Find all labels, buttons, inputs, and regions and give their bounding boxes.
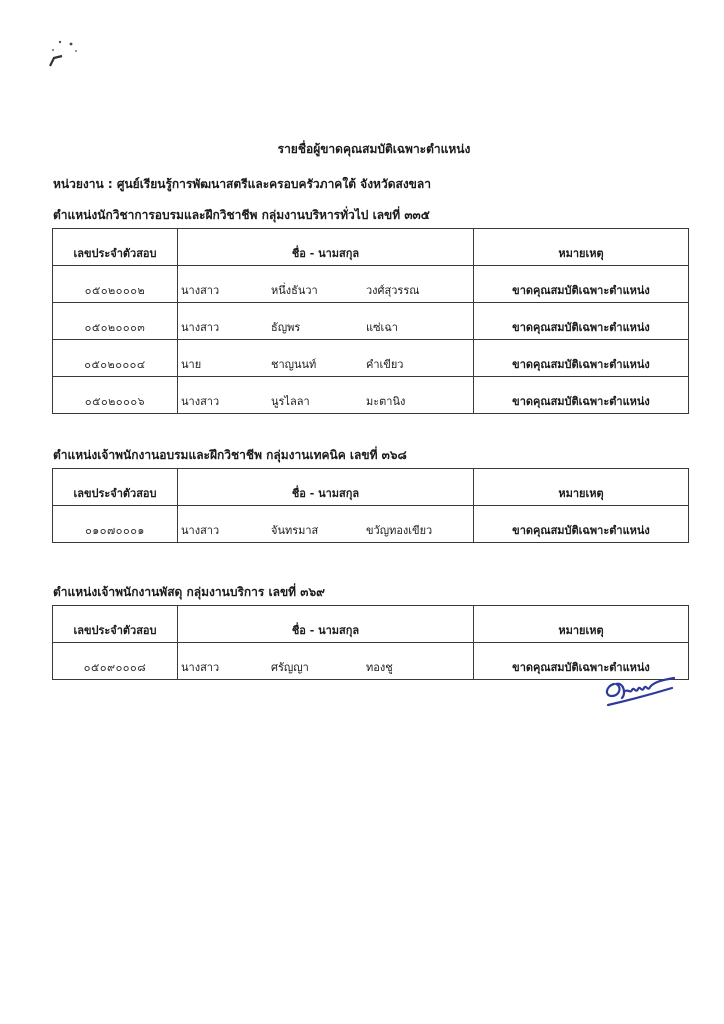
- header-id: เลขประจำตัวสอบ: [53, 606, 178, 643]
- last-name: ทองชู: [366, 658, 466, 676]
- last-name: มะตานิง: [366, 392, 466, 410]
- full-name: นางสาว หนึ่งธันวา วงศ์สุวรรณ: [178, 266, 474, 303]
- document-title: รายชื่อผู้ขาดคุณสมบัติเฉพาะตำแหน่ง: [12, 140, 724, 159]
- last-name: คำเขียว: [366, 355, 466, 373]
- section-heading-3: ตำแหน่งเจ้าพนักงานพัสดุ กลุ่มงานบริการ เ…: [53, 583, 325, 602]
- table-row: ๐๕๐๒๐๐๐๒ นางสาว หนึ่งธันวา วงศ์สุวรรณ ขา…: [53, 266, 689, 303]
- full-name: นางสาว ธัญพร แซ่เฉา: [178, 303, 474, 340]
- header-note: หมายเหตุ: [474, 229, 689, 266]
- full-name: นางสาว จันทรมาส ขวัญทองเขียว: [178, 506, 474, 543]
- first-name: ชาญนนท์: [271, 355, 366, 373]
- header-note: หมายเหตุ: [474, 606, 689, 643]
- header-name: ชื่อ - นามสกุล: [178, 229, 474, 266]
- name-title: นางสาว: [181, 281, 271, 299]
- name-title: นางสาว: [181, 521, 271, 539]
- scan-artifact-mark: [44, 36, 84, 70]
- last-name: วงศ์สุวรรณ: [366, 281, 466, 299]
- name-title: นาย: [181, 355, 271, 373]
- section-heading-1: ตำแหน่งนักวิชาการอบรมและฝึกวิชาชีพ กลุ่ม…: [53, 206, 430, 225]
- first-name: หนึ่งธันวา: [271, 281, 366, 299]
- remark: ขาดคุณสมบัติเฉพาะตำแหน่ง: [474, 506, 689, 543]
- exam-id: ๐๑๐๗๐๐๐๑: [53, 506, 178, 543]
- last-name: แซ่เฉา: [366, 318, 466, 336]
- header-name: ชื่อ - นามสกุล: [178, 469, 474, 506]
- name-title: นางสาว: [181, 318, 271, 336]
- exam-id: ๐๕๐๒๐๐๐๓: [53, 303, 178, 340]
- first-name: นูรไลลา: [271, 392, 366, 410]
- table-row: ๐๕๐๒๐๐๐๓ นางสาว ธัญพร แซ่เฉา ขาดคุณสมบัต…: [53, 303, 689, 340]
- full-name: นางสาว นูรไลลา มะตานิง: [178, 377, 474, 414]
- header-name: ชื่อ - นามสกุล: [178, 606, 474, 643]
- table-row: ๐๑๐๗๐๐๐๑ นางสาว จันทรมาส ขวัญทองเขียว ขา…: [53, 506, 689, 543]
- header-note: หมายเหตุ: [474, 469, 689, 506]
- candidates-table-1: เลขประจำตัวสอบ ชื่อ - นามสกุล หมายเหตุ ๐…: [52, 228, 689, 414]
- agency-line: หน่วยงาน : ศูนย์เรียนรู้การพัฒนาสตรีและค…: [53, 175, 431, 194]
- header-id: เลขประจำตัวสอบ: [53, 469, 178, 506]
- last-name: ขวัญทองเขียว: [366, 521, 466, 539]
- section-heading-2: ตำแหน่งเจ้าพนักงานอบรมและฝึกวิชาชีพ กลุ่…: [53, 446, 407, 465]
- name-title: นางสาว: [181, 658, 271, 676]
- exam-id: ๐๕๐๒๐๐๐๖: [53, 377, 178, 414]
- remark: ขาดคุณสมบัติเฉพาะตำแหน่ง: [474, 303, 689, 340]
- first-name: ศรัญญา: [271, 658, 366, 676]
- remark: ขาดคุณสมบัติเฉพาะตำแหน่ง: [474, 340, 689, 377]
- full-name: นางสาว ศรัญญา ทองชู: [178, 643, 474, 680]
- name-title: นางสาว: [181, 392, 271, 410]
- header-id: เลขประจำตัวสอบ: [53, 229, 178, 266]
- table-header-row: เลขประจำตัวสอบ ชื่อ - นามสกุล หมายเหตุ: [53, 469, 689, 506]
- exam-id: ๐๕๐๙๐๐๐๘: [53, 643, 178, 680]
- full-name: นาย ชาญนนท์ คำเขียว: [178, 340, 474, 377]
- candidates-table-3: เลขประจำตัวสอบ ชื่อ - นามสกุล หมายเหตุ ๐…: [52, 605, 689, 680]
- signature: [600, 674, 682, 708]
- table-row: ๐๕๐๒๐๐๐๔ นาย ชาญนนท์ คำเขียว ขาดคุณสมบัต…: [53, 340, 689, 377]
- table-header-row: เลขประจำตัวสอบ ชื่อ - นามสกุล หมายเหตุ: [53, 606, 689, 643]
- candidates-table-2: เลขประจำตัวสอบ ชื่อ - นามสกุล หมายเหตุ ๐…: [52, 468, 689, 543]
- exam-id: ๐๕๐๒๐๐๐๔: [53, 340, 178, 377]
- table-row: ๐๕๐๙๐๐๐๘ นางสาว ศรัญญา ทองชู ขาดคุณสมบัต…: [53, 643, 689, 680]
- remark: ขาดคุณสมบัติเฉพาะตำแหน่ง: [474, 377, 689, 414]
- first-name: ธัญพร: [271, 318, 366, 336]
- table-header-row: เลขประจำตัวสอบ ชื่อ - นามสกุล หมายเหตุ: [53, 229, 689, 266]
- first-name: จันทรมาส: [271, 521, 366, 539]
- table-row: ๐๕๐๒๐๐๐๖ นางสาว นูรไลลา มะตานิง ขาดคุณสม…: [53, 377, 689, 414]
- exam-id: ๐๕๐๒๐๐๐๒: [53, 266, 178, 303]
- remark: ขาดคุณสมบัติเฉพาะตำแหน่ง: [474, 266, 689, 303]
